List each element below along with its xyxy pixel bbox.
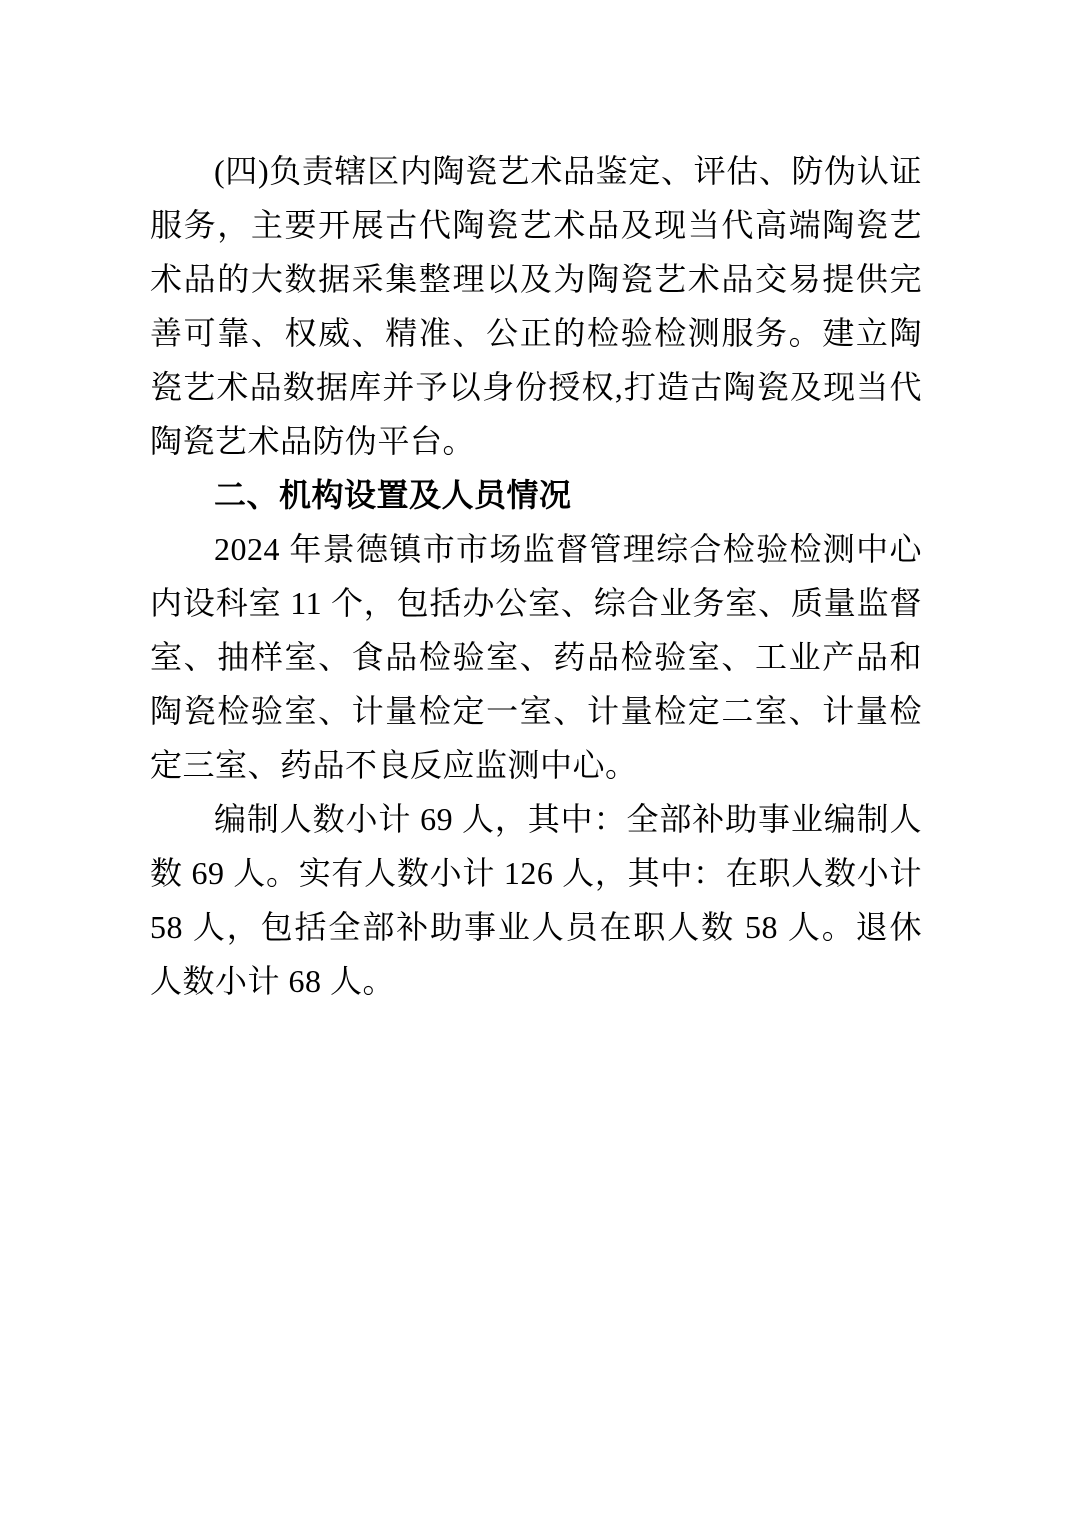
document-body: (四)负责辖区内陶瓷艺术品鉴定、评估、防伪认证服务，主要开展古代陶瓷艺术品及现当… (150, 144, 922, 1008)
paragraph-staff-numbers: 编制人数小计 69 人，其中：全部补助事业编制人数 69 人。实有人数小计 12… (150, 792, 922, 1008)
document-page: (四)负责辖区内陶瓷艺术品鉴定、评估、防伪认证服务，主要开展古代陶瓷艺术品及现当… (0, 0, 1074, 1520)
paragraph-department-setup: 2024 年景德镇市市场监督管理综合检验检测中心内设科室 11 个，包括办公室、… (150, 522, 922, 792)
paragraph-duty-item-4: (四)负责辖区内陶瓷艺术品鉴定、评估、防伪认证服务，主要开展古代陶瓷艺术品及现当… (150, 144, 922, 468)
section-heading-organization-and-staff: 二、机构设置及人员情况 (150, 468, 922, 522)
